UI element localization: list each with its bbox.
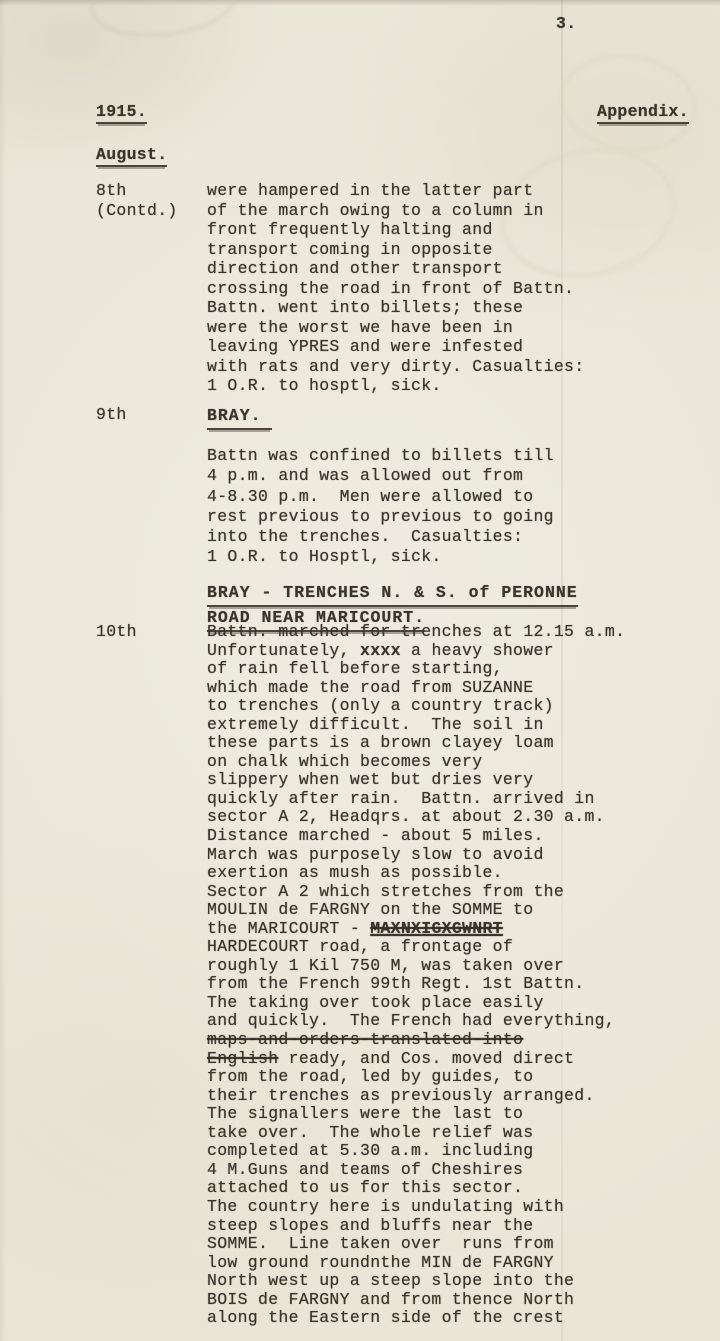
text-segment: along the Eastern side of the crest	[207, 1308, 564, 1327]
text-line: transport coming in opposite	[207, 240, 707, 260]
text-segment: Sector A 2 which stretches from the	[207, 882, 564, 901]
text-segment: 1 O.R. to hosptl, sick.	[207, 376, 442, 395]
text-segment: their trenches as previously arranged.	[207, 1086, 595, 1105]
entry-date-line: 10th	[96, 623, 137, 642]
text-line: Battn was confined to billets till	[207, 446, 707, 466]
text-line: quickly after rain. Battn. arrived in	[207, 790, 707, 809]
text-segment: North west up a steep slope into the	[207, 1271, 574, 1290]
text-line: attached to us for this sector.	[207, 1179, 707, 1198]
text-segment: quickly after rain. Battn. arrived in	[207, 789, 595, 808]
text-line: were the worst we have been in	[207, 318, 707, 338]
text-segment: completed at 5.30 a.m. including	[207, 1141, 533, 1160]
text-line: to trenches (only a country track)	[207, 697, 707, 716]
entry-body: Battn. marched for trenches at 12.15 a.m…	[207, 623, 707, 1328]
text-line: into the trenches. Casualties:	[207, 527, 707, 547]
text-line: completed at 5.30 a.m. including	[207, 1142, 707, 1161]
text-line: rest previous to previous to going	[207, 507, 707, 527]
text-segment: of the march owing to a column in	[207, 201, 544, 220]
text-line: the MARICOURT - MAXNXIGXGWNRT	[207, 920, 707, 939]
text-line: of rain fell before starting,	[207, 660, 707, 679]
text-segment: from the road, led by guides, to	[207, 1067, 533, 1086]
paper-watermark	[87, 0, 239, 43]
text-segment: with rats and very dirty. Casualties:	[207, 357, 584, 376]
entry-date: 8th(Contd.)	[96, 181, 178, 220]
text-segment: take over. The whole relief was	[207, 1123, 533, 1142]
text-segment: on chalk which becomes very	[207, 752, 482, 771]
text-line: low ground roundnthe MIN de FARGNY	[207, 1254, 707, 1273]
text-line: English ready, and Cos. moved direct	[207, 1050, 707, 1069]
entry-date-line: 8th	[96, 181, 178, 201]
text-line: HARDECOURT road, a frontage of	[207, 938, 707, 957]
page-number: 3.	[556, 14, 576, 33]
text-line: were hampered in the latter part	[207, 181, 707, 201]
text-line: SOMME. Line taken over runs from	[207, 1235, 707, 1254]
entry-body: BRAY. Battn was confined to billets till…	[207, 405, 707, 632]
text-segment: and quickly. The French had everything,	[207, 1011, 615, 1030]
text-segment: The taking over took place easily	[207, 993, 544, 1012]
text-segment: 1 O.R. to Hosptl, sick.	[207, 547, 442, 566]
text-segment: English	[207, 1049, 278, 1068]
text-line: from the French 99th Regt. 1st Battn.	[207, 975, 707, 994]
text-line: Sector A 2 which stretches from the	[207, 883, 707, 902]
text-line: MOULIN de FARGNY on the SOMME to	[207, 901, 707, 920]
text-line: March was purposely slow to avoid	[207, 846, 707, 865]
text-line: 4-8.30 p.m. Men were allowed to	[207, 487, 707, 507]
text-segment: BRAY - TRENCHES N. & S. of PERONNE	[207, 582, 578, 607]
text-line: steep slopes and bluffs near the	[207, 1217, 707, 1236]
text-line: exertion as mush as possible.	[207, 864, 707, 883]
text-line: Battn. marched for trenches at 12.15 a.m…	[207, 623, 707, 642]
text-segment: MAXNXIGXGWNRT	[370, 919, 503, 938]
text-segment: 4 p.m. and was allowed out from	[207, 466, 523, 485]
text-segment: Unfortunately,	[207, 641, 360, 660]
text-segment: extremely difficult. The soil in	[207, 715, 544, 734]
text-segment: Battn was confined to billets till	[207, 446, 554, 465]
text-segment: BOIS de FARGNY and from thence North	[207, 1290, 574, 1309]
text-segment: were hampered in the latter part	[207, 181, 533, 200]
entry-body: were hampered in the latter partof the m…	[207, 181, 707, 396]
text-segment: low ground roundnthe MIN de FARGNY	[207, 1253, 554, 1272]
text-segment: MOULIN de FARGNY on the SOMME to	[207, 900, 533, 919]
text-segment: front frequently halting and	[207, 220, 493, 239]
text-line: 4 p.m. and was allowed out from	[207, 466, 707, 486]
text-line: from the road, led by guides, to	[207, 1068, 707, 1087]
text-segment: exertion as mush as possible.	[207, 863, 503, 882]
text-segment: SOMME. Line taken over runs from	[207, 1234, 554, 1253]
entry-paragraph: Battn. marched for trenches at 12.15 a.m…	[207, 623, 707, 1328]
text-line: BOIS de FARGNY and from thence North	[207, 1291, 707, 1310]
entry-paragraph: were hampered in the latter partof the m…	[207, 181, 707, 396]
text-line: maps-and-orders-translated-into	[207, 1031, 707, 1050]
text-segment: HARDECOURT road, a frontage of	[207, 937, 513, 956]
text-segment: The country here is undulating with	[207, 1197, 564, 1216]
year-label: 1915.	[96, 102, 147, 124]
text-segment: steep slopes and bluffs near the	[207, 1216, 533, 1235]
text-segment: to trenches (only a country track)	[207, 696, 554, 715]
text-line: leaving YPRES and were infested	[207, 337, 707, 357]
text-segment: 4 M.Guns and teams of Cheshires	[207, 1160, 523, 1179]
text-line: sector A 2, Headqrs. at about 2.30 a.m.	[207, 808, 707, 827]
scanned-diary-page: 3. 1915. Appendix. August. 8th(Contd.) w…	[0, 0, 720, 1341]
text-line: extremely difficult. The soil in	[207, 716, 707, 735]
text-segment: leaving YPRES and were infested	[207, 337, 523, 356]
text-line: and quickly. The French had everything,	[207, 1012, 707, 1031]
text-line: with rats and very dirty. Casualties:	[207, 357, 707, 377]
entry-paragraph: Battn was confined to billets till4 p.m.…	[207, 446, 707, 568]
text-segment: Distance marched - about 5 miles.	[207, 826, 544, 845]
text-segment: The signallers were the last to	[207, 1104, 523, 1123]
text-segment: from the French 99th Regt. 1st Battn.	[207, 974, 584, 993]
year-heading: 1915.	[96, 102, 147, 124]
text-segment: maps-and-orders-translated-into	[207, 1030, 523, 1049]
text-segment: xxxx	[360, 641, 401, 660]
text-segment: BRAY.	[207, 405, 272, 430]
text-segment: March was purposely slow to avoid	[207, 845, 544, 864]
text-line: take over. The whole relief was	[207, 1124, 707, 1143]
text-line: slippery when wet but dries very	[207, 771, 707, 790]
text-line: direction and other transport	[207, 259, 707, 279]
text-line: which made the road from SUZANNE	[207, 679, 707, 698]
text-line: The signallers were the last to	[207, 1105, 707, 1124]
text-segment: the MARICOURT -	[207, 919, 370, 938]
text-line: Distance marched - about 5 miles.	[207, 827, 707, 846]
appendix-heading: Appendix.	[597, 102, 689, 124]
text-line: roughly 1 Kil 750 M, was taken over	[207, 957, 707, 976]
text-line: BRAY.	[207, 405, 707, 430]
entry-date: 9th	[96, 405, 127, 426]
text-line: Battn. went into billets; these	[207, 298, 707, 318]
text-line: The country here is undulating with	[207, 1198, 707, 1217]
text-line: front frequently halting and	[207, 220, 707, 240]
entry-heading: BRAY.	[207, 405, 707, 430]
text-segment: of rain fell before starting,	[207, 659, 503, 678]
text-segment: into the trenches. Casualties:	[207, 527, 523, 546]
text-line: BRAY - TRENCHES N. & S. of PERONNE	[207, 582, 707, 607]
text-line: these parts is a brown clayey loam	[207, 734, 707, 753]
entry-date-line: 9th	[96, 405, 127, 426]
entry-date-line: (Contd.)	[96, 201, 178, 221]
text-line: along the Eastern side of the crest	[207, 1309, 707, 1328]
text-line: The taking over took place easily	[207, 994, 707, 1013]
month-label: August.	[96, 145, 167, 167]
text-segment: slippery when wet but dries very	[207, 770, 533, 789]
text-line: of the march owing to a column in	[207, 201, 707, 221]
text-line: Unfortunately, xxxx a heavy shower	[207, 642, 707, 661]
text-segment: were the worst we have been in	[207, 318, 513, 337]
text-line: crossing the road in front of Battn.	[207, 279, 707, 299]
text-line: on chalk which becomes very	[207, 753, 707, 772]
text-segment: these parts is a brown clayey loam	[207, 733, 554, 752]
text-segment: sector A 2, Headqrs. at about 2.30 a.m.	[207, 807, 605, 826]
month-heading: August.	[96, 145, 167, 167]
text-line: their trenches as previously arranged.	[207, 1087, 707, 1106]
text-line: 4 M.Guns and teams of Cheshires	[207, 1161, 707, 1180]
text-segment: attached to us for this sector.	[207, 1178, 523, 1197]
text-segment: transport coming in opposite	[207, 240, 493, 259]
text-segment: which made the road from SUZANNE	[207, 678, 533, 697]
text-segment: a heavy shower	[401, 641, 554, 660]
text-line: 1 O.R. to Hosptl, sick.	[207, 547, 707, 567]
appendix-label: Appendix.	[597, 102, 689, 124]
text-segment: crossing the road in front of Battn.	[207, 279, 574, 298]
entry-date: 10th	[96, 623, 137, 642]
text-line: North west up a steep slope into the	[207, 1272, 707, 1291]
text-segment: roughly 1 Kil 750 M, was taken over	[207, 956, 564, 975]
text-line: 1 O.R. to hosptl, sick.	[207, 376, 707, 396]
text-segment: rest previous to previous to going	[207, 507, 554, 526]
text-segment: Battn. went into billets; these	[207, 298, 523, 317]
text-segment: direction and other transport	[207, 259, 503, 278]
text-segment: 4-8.30 p.m. Men were allowed to	[207, 487, 533, 506]
text-segment: Battn. marched for trenches at 12.15 a.m…	[207, 622, 625, 641]
text-segment: ready, and Cos. moved direct	[278, 1049, 574, 1068]
